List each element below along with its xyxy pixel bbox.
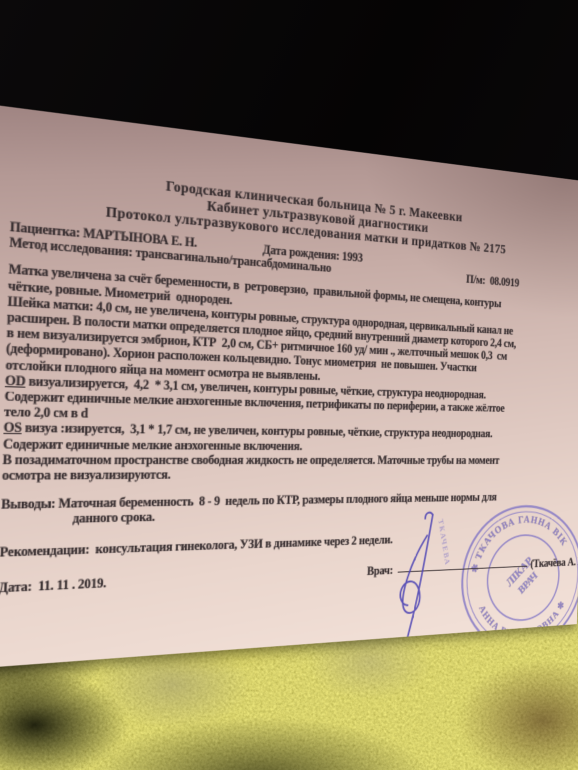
recommendation-line: Рекомендации: консультация гинеколога, У…	[0, 527, 562, 559]
photo-of-document: Городская клиническая больница № 5 г. Ма…	[0, 0, 578, 770]
conclusion-block: Выводы: Маточная беременность 8 - 9 неде…	[0, 490, 563, 529]
underlined-lead: OS	[3, 420, 22, 436]
doctor-name: (Ткачёва А. В.)	[530, 555, 578, 570]
document-line: В позадиматочном пространстве свободная …	[2, 452, 564, 468]
doctor-signature-ink	[380, 508, 475, 644]
document-line: осмотра не визуализируются.	[2, 467, 564, 484]
stamp-bottom-arc-text: АННА ВИКТОРОВНА ✻	[476, 599, 568, 644]
perspective-wrapper: Городская клиническая больница № 5 г. Ма…	[0, 0, 578, 770]
document-content: Городская клиническая больница № 5 г. Ма…	[0, 94, 578, 601]
document-body: Матка увеличена за счёт беременности, в …	[2, 262, 569, 484]
underlined-lead: OD	[5, 373, 26, 389]
date-line: Дата: 11. 11 . 2019.	[0, 575, 106, 596]
document-paper: Городская клиническая больница № 5 г. Ма…	[0, 94, 578, 674]
svg-text:АННА ВИКТОРОВНА ✻: АННА ВИКТОРОВНА ✻	[476, 599, 568, 644]
conclusion-label: Выводы:	[1, 496, 59, 512]
